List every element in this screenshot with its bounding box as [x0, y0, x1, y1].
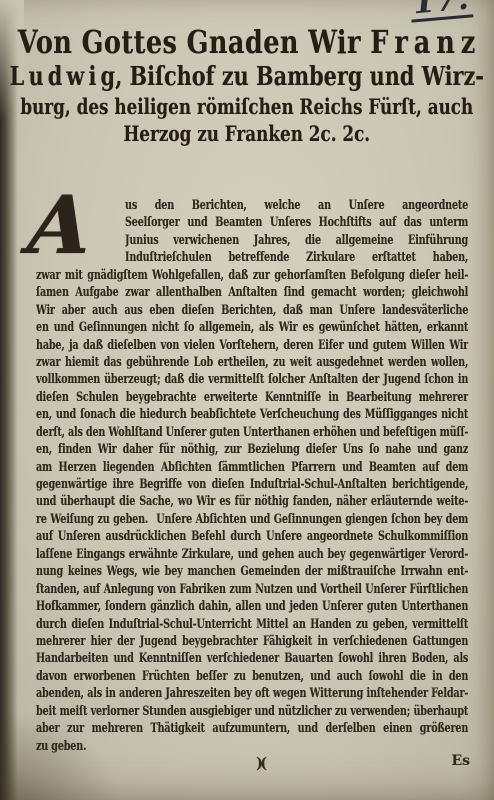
title-line-4: Herzog zu Franken 2c. 2c.: [0, 120, 494, 147]
title-line-3: burg, des heiligen römiſchen Reichs Fürſ…: [0, 93, 494, 120]
text-line: ſtanden, auf Anlegung von Fabriken zum N…: [36, 581, 468, 598]
text-line: dieſen Schulen beygebrachte erweiterte K…: [36, 389, 468, 406]
text-line: Hofkammer, ſondern gänzlich dahin, allen…: [36, 598, 468, 615]
text-line: und überhaupt die Sache, wo Wir es für n…: [36, 493, 468, 510]
text-line: zwar hiemit das gebührende Lob ertheilen…: [36, 354, 468, 371]
text-line: davon erworbenen Früchten beſſer zu benu…: [36, 668, 468, 685]
text-line: en und Geſinnungen nicht ſo allgemein, a…: [36, 319, 468, 336]
text-line: mehrerer hier der Jugend beygebrachter F…: [36, 633, 468, 650]
title-line-1: Von Gottes Gnaden Wir F r a n z: [0, 24, 494, 61]
text-line: en, und ſonach die hiedurch beabſichtete…: [36, 406, 468, 423]
text-line: Handarbeiten und Kenntniſſen verſchieden…: [36, 650, 468, 667]
text-line: durch dieſen Induſtrial-Schul-Unterricht…: [36, 616, 468, 633]
text-line: laſſene Eingangs erwähnte Zirkulare, und…: [36, 546, 468, 563]
text-line: Junius verwichenen Jahres, die allgemein…: [125, 232, 468, 249]
title-block: Von Gottes Gnaden Wir F r a n z L u d w …: [0, 24, 494, 147]
text-line: am Herzen liegenden Abſichten ſämmtliche…: [36, 459, 468, 476]
text-line: aber zur mehreren Thätigkeit aufzumunter…: [36, 720, 468, 737]
catchword: Es: [451, 754, 470, 768]
text-line: derſt, als den Wohlſtand Unſerer guten U…: [36, 424, 468, 441]
text-line: zu geben.: [36, 738, 468, 755]
text-line: abenden, als in anderen Jahreszeiten bey…: [36, 685, 468, 702]
text-line: beit meiſt verlorner Stunden ausgiebiger…: [36, 703, 468, 720]
text-line: zwar mit gnädigſtem Wohlgefallen, daß zu…: [36, 267, 468, 284]
signature-mark: )(: [256, 756, 264, 771]
text-line: auf Unſeren ausdrücklichen Befehl durch …: [36, 528, 468, 545]
scanned-document-page: 17. Von Gottes Gnaden Wir F r a n z L u …: [0, 0, 494, 800]
text-line: Induſtrieſchulen betreffende Zirkulare e…: [125, 249, 468, 266]
text-line: Seelſorger und Beamten Unſeres Hochſtift…: [125, 214, 468, 231]
text-line: vollkommen überzeugt; daß die vermittelſ…: [36, 371, 468, 388]
body-text-block: us den Berichten, welche an Unſere angeo…: [36, 197, 494, 755]
text-line: ſamen Aufgabe zwar allenthalben Anſtalte…: [36, 284, 468, 301]
text-line: nung keines Wegs, wie bey manchen Gemein…: [36, 563, 468, 580]
text-line: re Weiſung zu geben. Unſere Abſichten un…: [36, 511, 468, 528]
text-line: en, finden Wir daher für nöthig, zur Bez…: [36, 441, 468, 458]
text-line: Wir aber auch aus eben dieſen Berichten,…: [36, 302, 468, 319]
text-line: us den Berichten, welche an Unſere angeo…: [125, 197, 468, 214]
text-line: gegenwärtige ihre Begriffe von dieſen In…: [36, 476, 468, 493]
title-line-2: L u d w i g, Biſchof zu Bamberg und Wirz…: [0, 61, 494, 93]
text-line: habe, ja daß dieſelben von vielen Vorſte…: [36, 337, 468, 354]
handwritten-page-number: 17.: [409, 0, 474, 23]
